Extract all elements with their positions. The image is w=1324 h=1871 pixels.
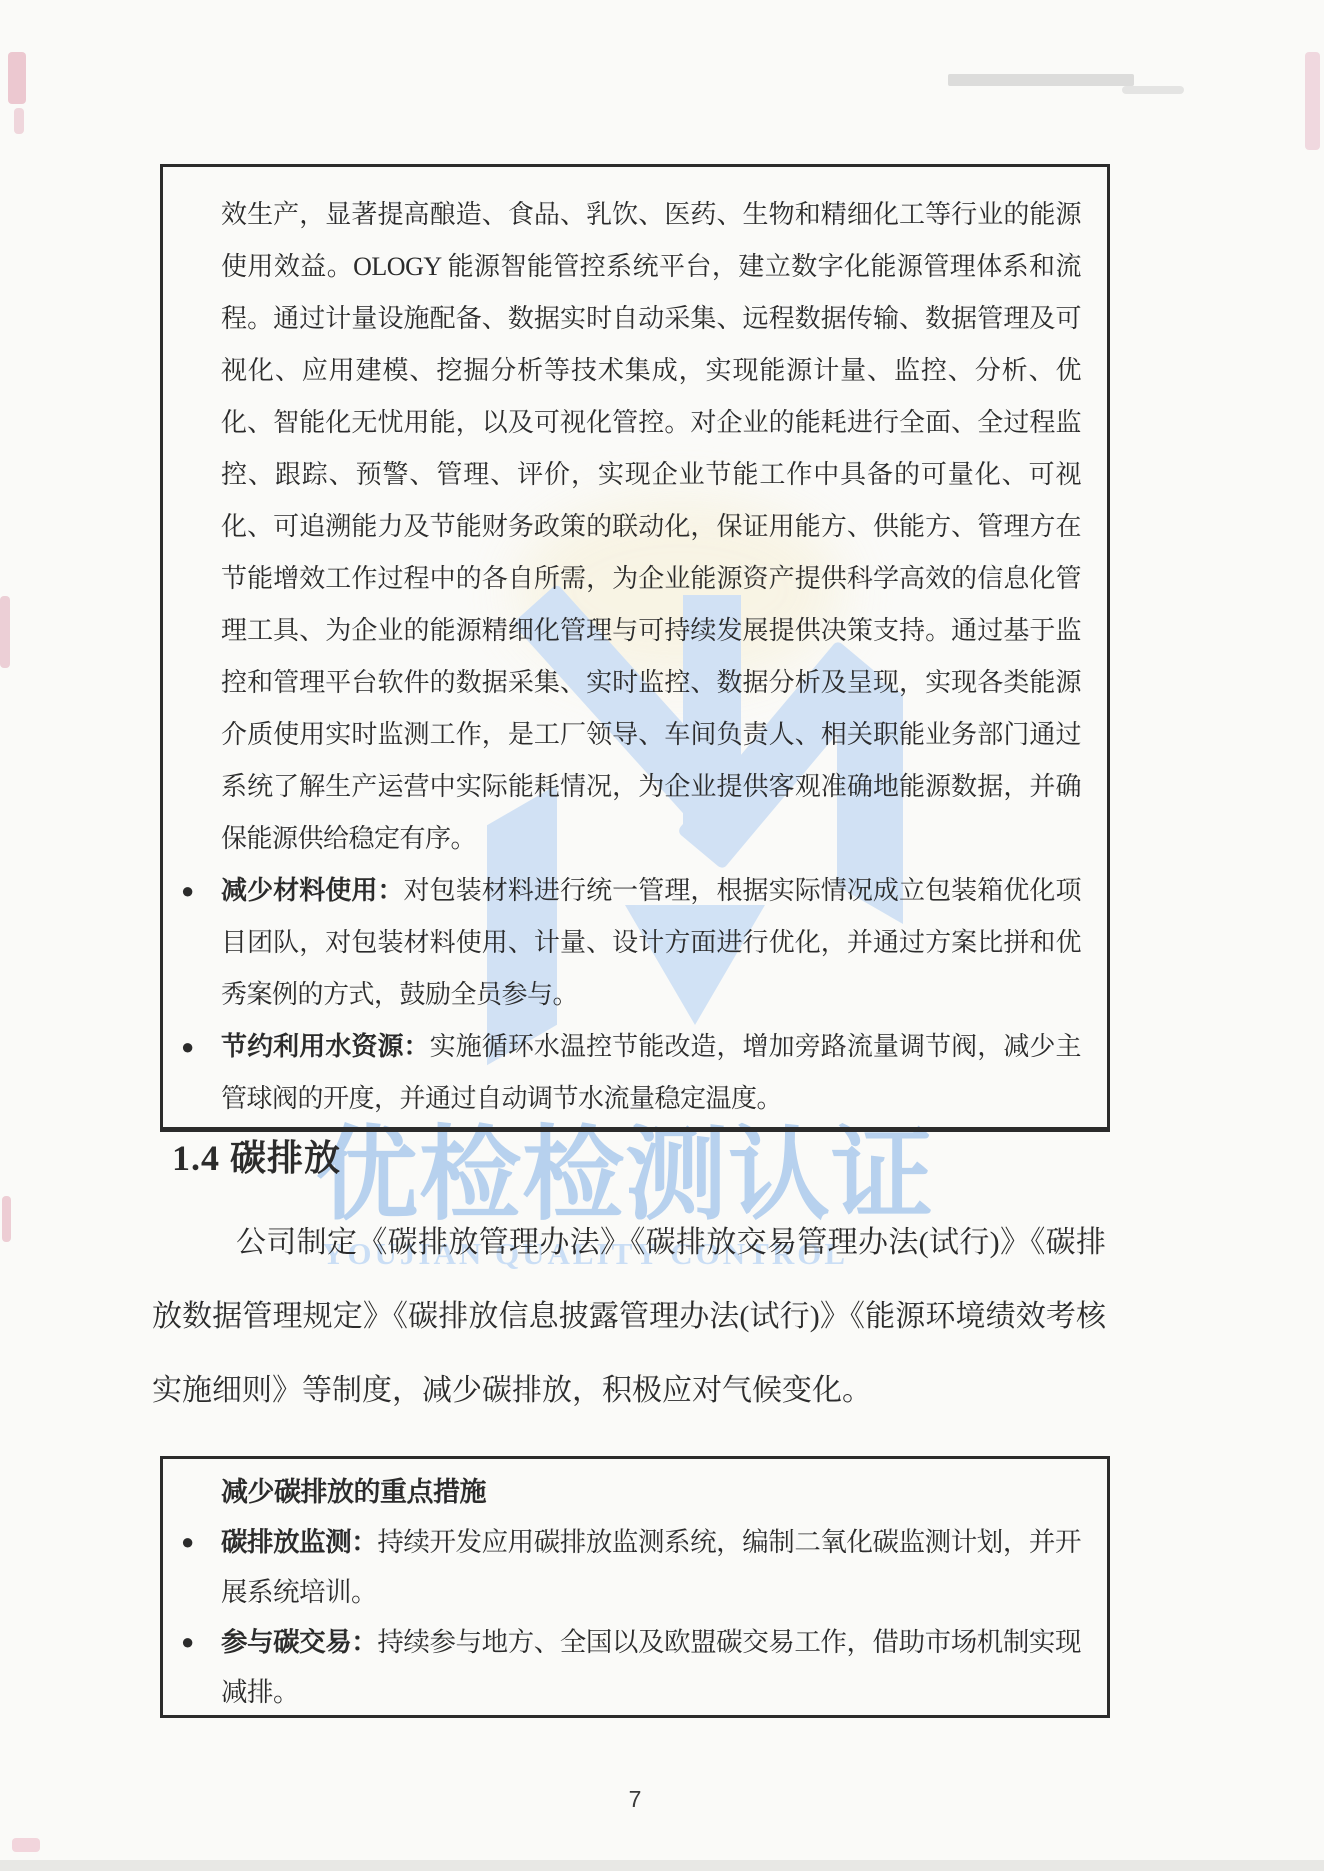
bullet-icon: ● (181, 1021, 194, 1073)
carbon-box-title: 减少碳排放的重点措施 (221, 1467, 1081, 1517)
list-item-label: 节约利用水资源： (221, 1032, 430, 1061)
scan-artifact (12, 1838, 40, 1852)
list-item-label: 碳排放监测： (221, 1527, 377, 1557)
list-item-label: 参与碳交易： (221, 1627, 377, 1657)
section-paragraph: 公司制定《碳排放管理办法》《碳排放交易管理办法(试行)》《碳排放数据管理规定》《… (152, 1206, 1106, 1428)
scan-artifact (8, 52, 26, 104)
page-number: 7 (160, 1786, 1110, 1813)
list-item: ●节约利用水资源：实施循环水温控节能改造，增加旁路流量调节阀，减少主管球阀的开度… (221, 1021, 1081, 1125)
bullet-icon: ● (181, 1517, 194, 1567)
section-heading: 1.4 碳排放 (172, 1130, 341, 1181)
scan-artifact (948, 74, 1134, 86)
energy-paragraph: 效生产，显著提高酿造、食品、乳饮、医药、生物和精细化工等行业的能源使用效益。OL… (221, 189, 1081, 865)
scan-artifact (1305, 52, 1320, 150)
list-item: ●参与碳交易：持续参与地方、全国以及欧盟碳交易工作，借助市场机制实现减排。 (221, 1617, 1081, 1717)
scan-artifact (1122, 86, 1184, 94)
scan-artifact (14, 108, 24, 134)
scan-artifact (2, 1196, 11, 1242)
energy-measures-box: 效生产，显著提高酿造、食品、乳饮、医药、生物和精细化工等行业的能源使用效益。OL… (160, 164, 1110, 1132)
list-item: ●减少材料使用：对包装材料进行统一管理，根据实际情况成立包装箱优化项目团队，对包… (221, 865, 1081, 1021)
bullet-icon: ● (181, 1617, 194, 1667)
scan-artifact (0, 1860, 1324, 1871)
list-item-label: 减少材料使用： (221, 876, 404, 905)
carbon-measures-box: 减少碳排放的重点措施 ●碳排放监测：持续开发应用碳排放监测系统，编制二氧化碳监测… (160, 1456, 1110, 1718)
list-item: ●碳排放监测：持续开发应用碳排放监测系统，编制二氧化碳监测计划，并开展系统培训。 (221, 1517, 1081, 1617)
bullet-icon: ● (181, 865, 194, 917)
scan-artifact (0, 596, 10, 668)
